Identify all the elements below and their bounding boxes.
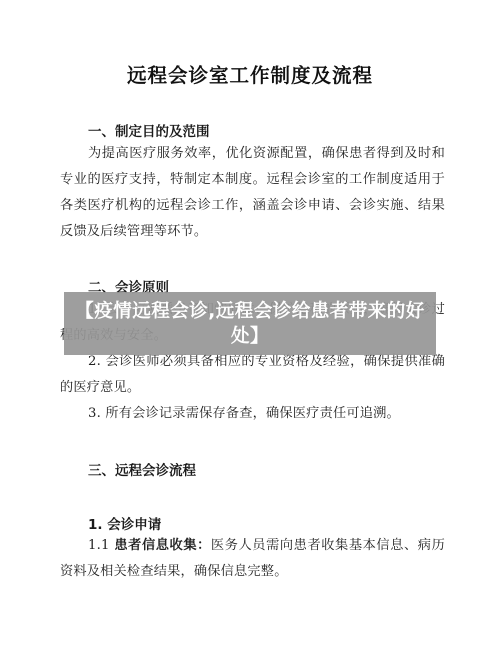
overlay-banner: 【疫情远程会诊,远程会诊给患者带来的好处】: [64, 292, 436, 355]
item-number: 1.1: [88, 538, 110, 553]
section-heading-process: 三、远程会诊流程: [88, 459, 196, 479]
document-page: 远程会诊室工作制度及流程 一、制定目的及范围 为提高医疗服务效率，优化资源配置，…: [0, 0, 500, 647]
subsection-heading-application: 1. 会诊申请: [88, 513, 161, 533]
item-label: 患者信息收集：: [114, 538, 211, 553]
subsection-label: 1. 会诊申请: [88, 517, 161, 533]
process-item-1-1: 1.1 患者信息收集：医务人员需向患者收集基本信息、病历资料及相关检查结果，确保…: [60, 533, 445, 585]
document-title: 远程会诊室工作制度及流程: [0, 60, 500, 88]
overlay-banner-text: 【疫情远程会诊,远程会诊给患者带来的好处】: [75, 299, 425, 349]
principle-item-3: 3. 所有会诊记录需保存备查，确保医疗责任可追溯。: [60, 401, 445, 427]
principle-item-2: 2. 会诊医师必须具备相应的专业资格及经验，确保提供准确的医疗意见。: [60, 349, 445, 401]
section-heading-purpose: 一、制定目的及范围: [88, 120, 210, 140]
section-paragraph-purpose: 为提高医疗服务效率，优化资源配置，确保患者得到及时和专业的医疗支持，特制定本制度…: [60, 141, 445, 245]
